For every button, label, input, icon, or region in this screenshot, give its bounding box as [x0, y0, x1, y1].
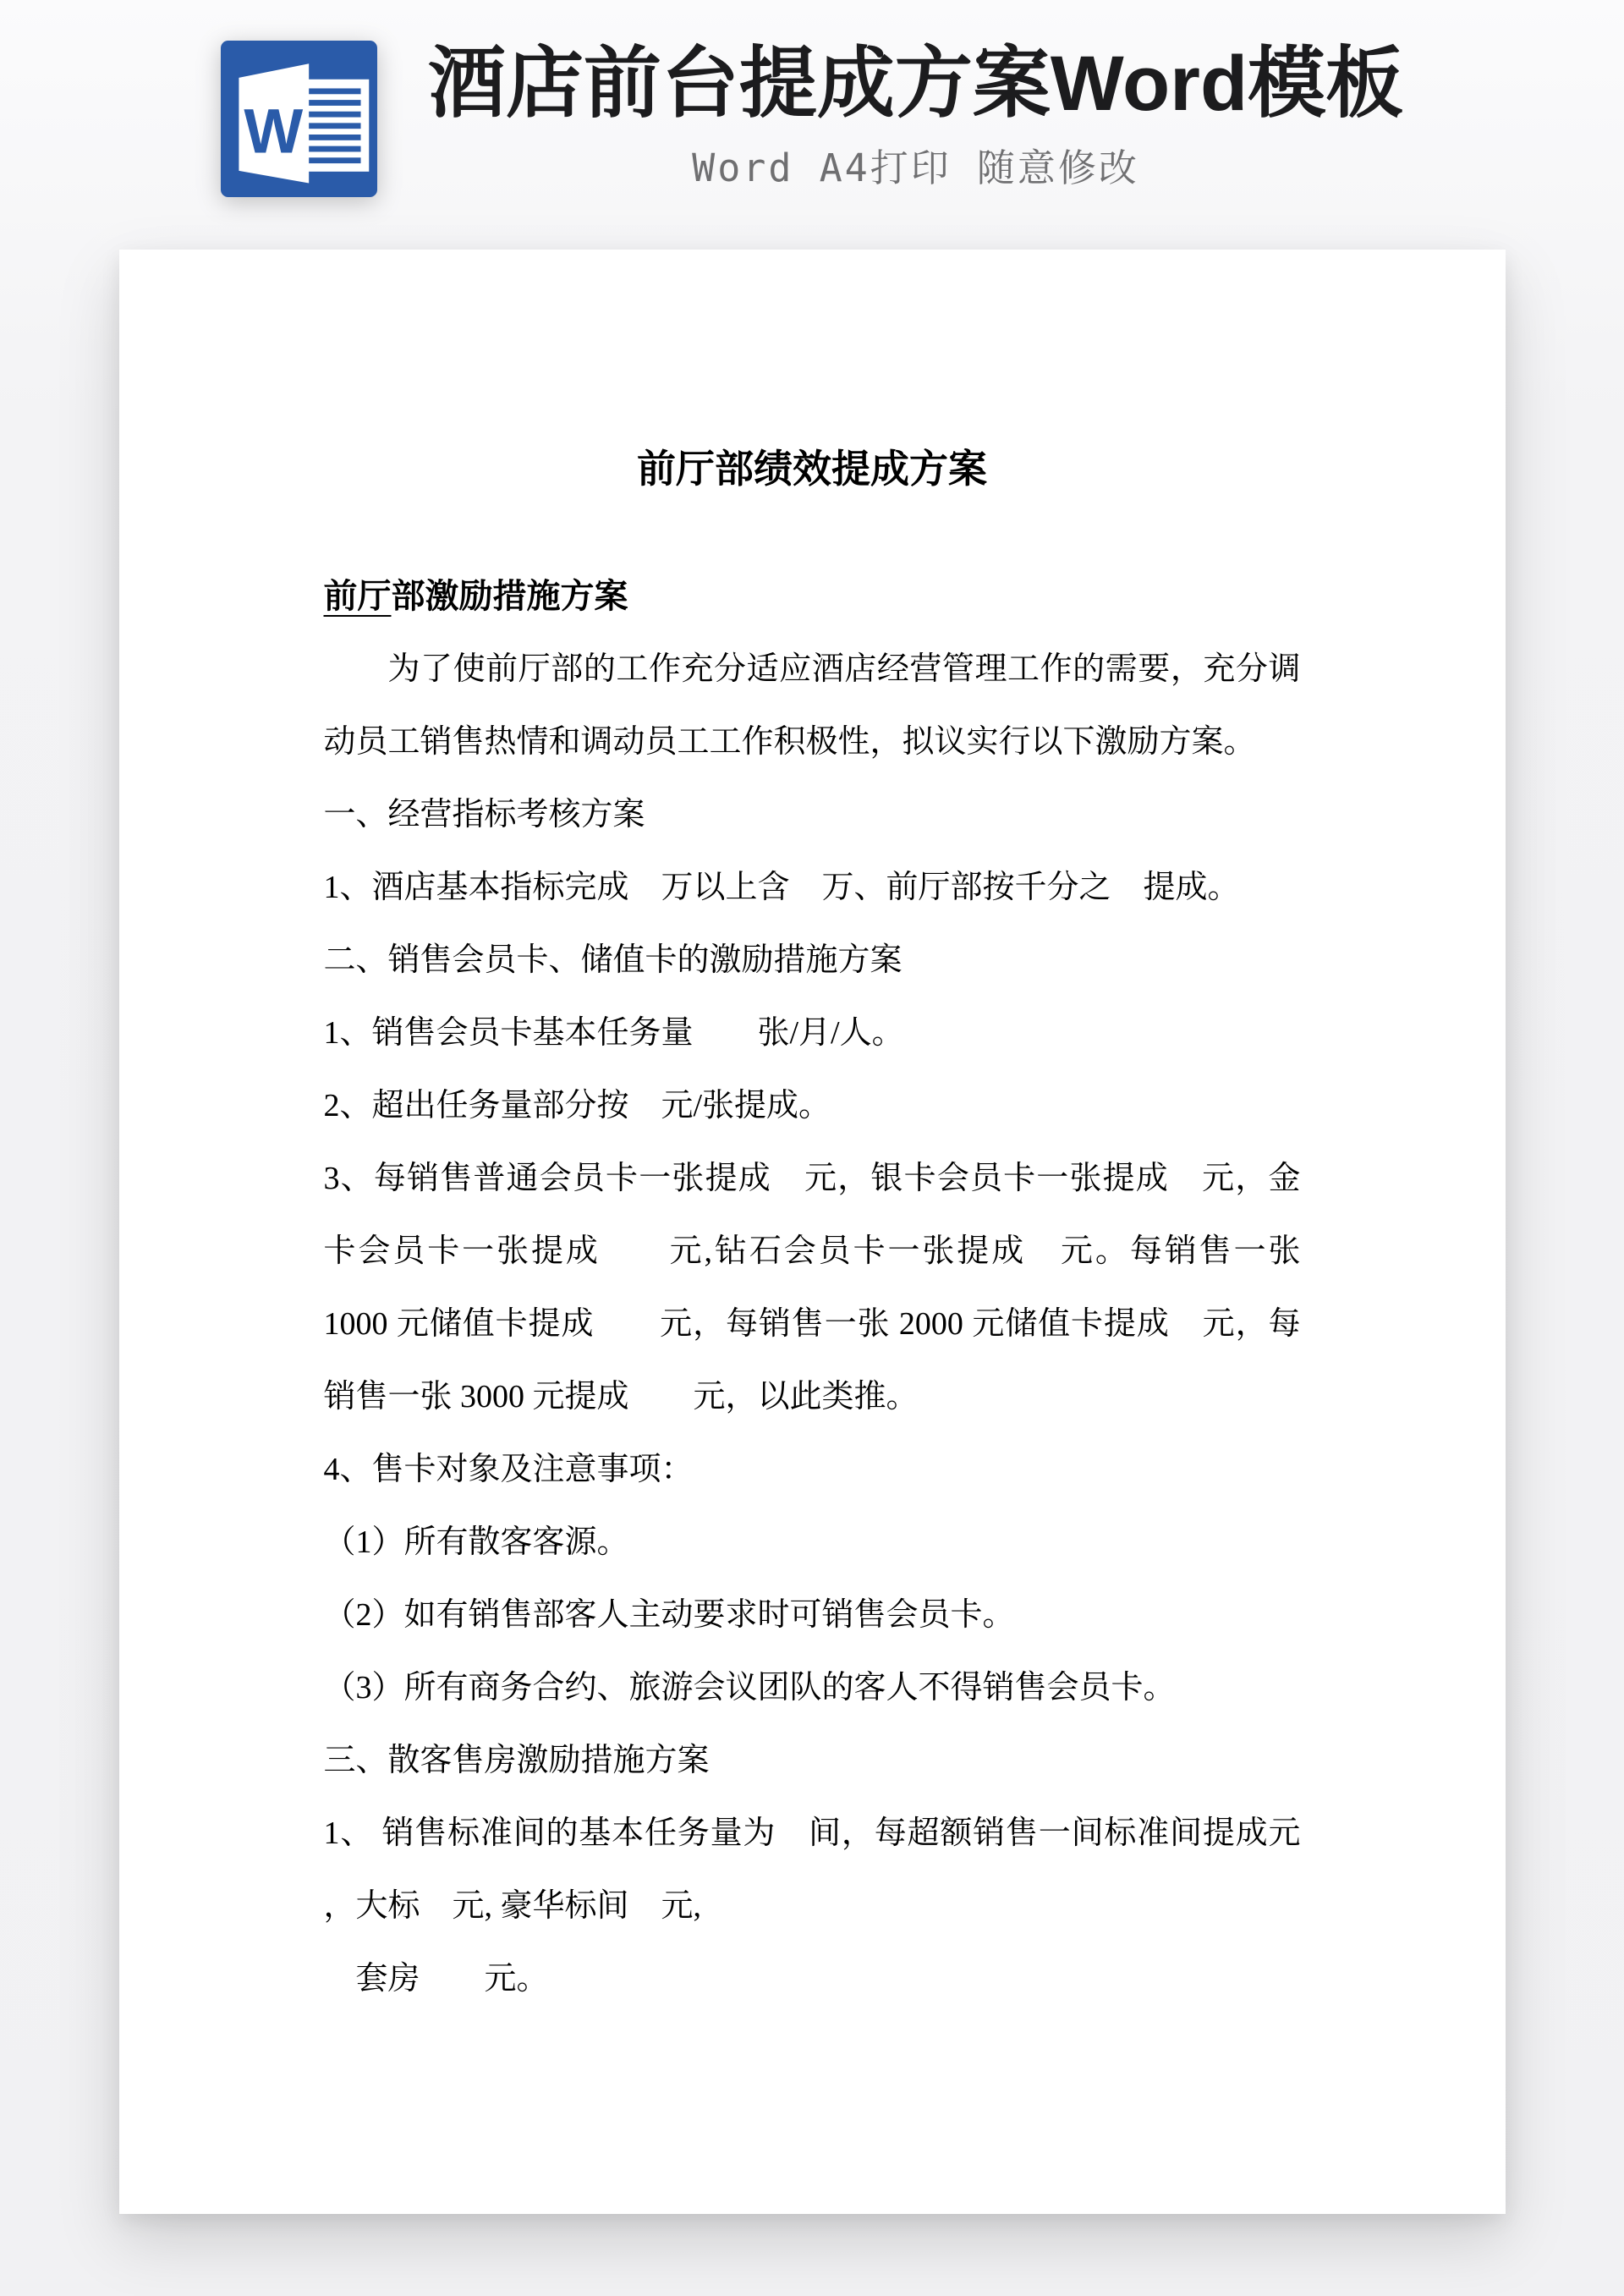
- header-text-block: 酒店前台提成方案Word模板 Word A4打印 随意修改: [428, 41, 1403, 190]
- page-root: { "colors": { "word_blue": "#2a5ba9", "h…: [0, 0, 1624, 2296]
- site-header: W 酒店前台提成方案Word模板 Word A4打印 随意修改: [0, 0, 1624, 250]
- document-body: 为了使前厅部的工作充分适应酒店经营管理工作的需要，充分调动员工销售热情和调动员工…: [324, 633, 1301, 2015]
- doc-paragraph: （3）所有商务合约、旅游会议团队的客人不得销售会员卡。: [324, 1651, 1301, 1724]
- heading-rest-part: 部激励措施方案: [392, 577, 628, 615]
- doc-paragraph: 4、售卡对象及注意事项：: [324, 1433, 1301, 1506]
- doc-paragraph: 1、 销售标准间的基本任务量为 间，每超额销售一间标准间提成元 ，大标 元, 豪…: [324, 1797, 1301, 1942]
- doc-paragraph: （1）所有散客客源。: [324, 1506, 1301, 1579]
- doc-paragraph: 一、经营指标考核方案: [324, 778, 1301, 851]
- document-title: 前厅部绩效提成方案: [324, 433, 1301, 506]
- doc-paragraph: 二、销售会员卡、储值卡的激励措施方案: [324, 924, 1301, 997]
- doc-paragraph: 3、每销售普通会员卡一张提成 元，银卡会员卡一张提成 元，金卡会员卡一张提成 元…: [324, 1142, 1301, 1433]
- doc-paragraph: 套房 元。: [324, 1942, 1301, 2015]
- doc-paragraph: （2）如有销售部客人主动要求时可销售会员卡。: [324, 1579, 1301, 1651]
- doc-paragraph: 为了使前厅部的工作充分适应酒店经营管理工作的需要，充分调动员工销售热情和调动员工…: [324, 633, 1301, 778]
- doc-paragraph: 1、酒店基本指标完成 万以上含 万、前厅部按千分之 提成。: [324, 851, 1301, 924]
- word-logo-icon: W: [221, 41, 377, 197]
- heading-underlined-part: 前厅: [324, 577, 392, 615]
- word-logo-letter: W: [244, 96, 303, 166]
- template-subtitle: Word A4打印 随意修改: [428, 147, 1403, 190]
- document-heading: 前厅部激励措施方案: [324, 560, 1301, 633]
- doc-paragraph: 2、超出任务量部分按 元/张提成。: [324, 1069, 1301, 1142]
- template-title: 酒店前台提成方案Word模板: [428, 41, 1403, 127]
- doc-paragraph: 三、散客售房激励措施方案: [324, 1724, 1301, 1797]
- document-page: 前厅部绩效提成方案 前厅部激励措施方案 为了使前厅部的工作充分适应酒店经营管理工…: [119, 250, 1506, 2214]
- doc-paragraph: 1、销售会员卡基本任务量 张/月/人。: [324, 997, 1301, 1069]
